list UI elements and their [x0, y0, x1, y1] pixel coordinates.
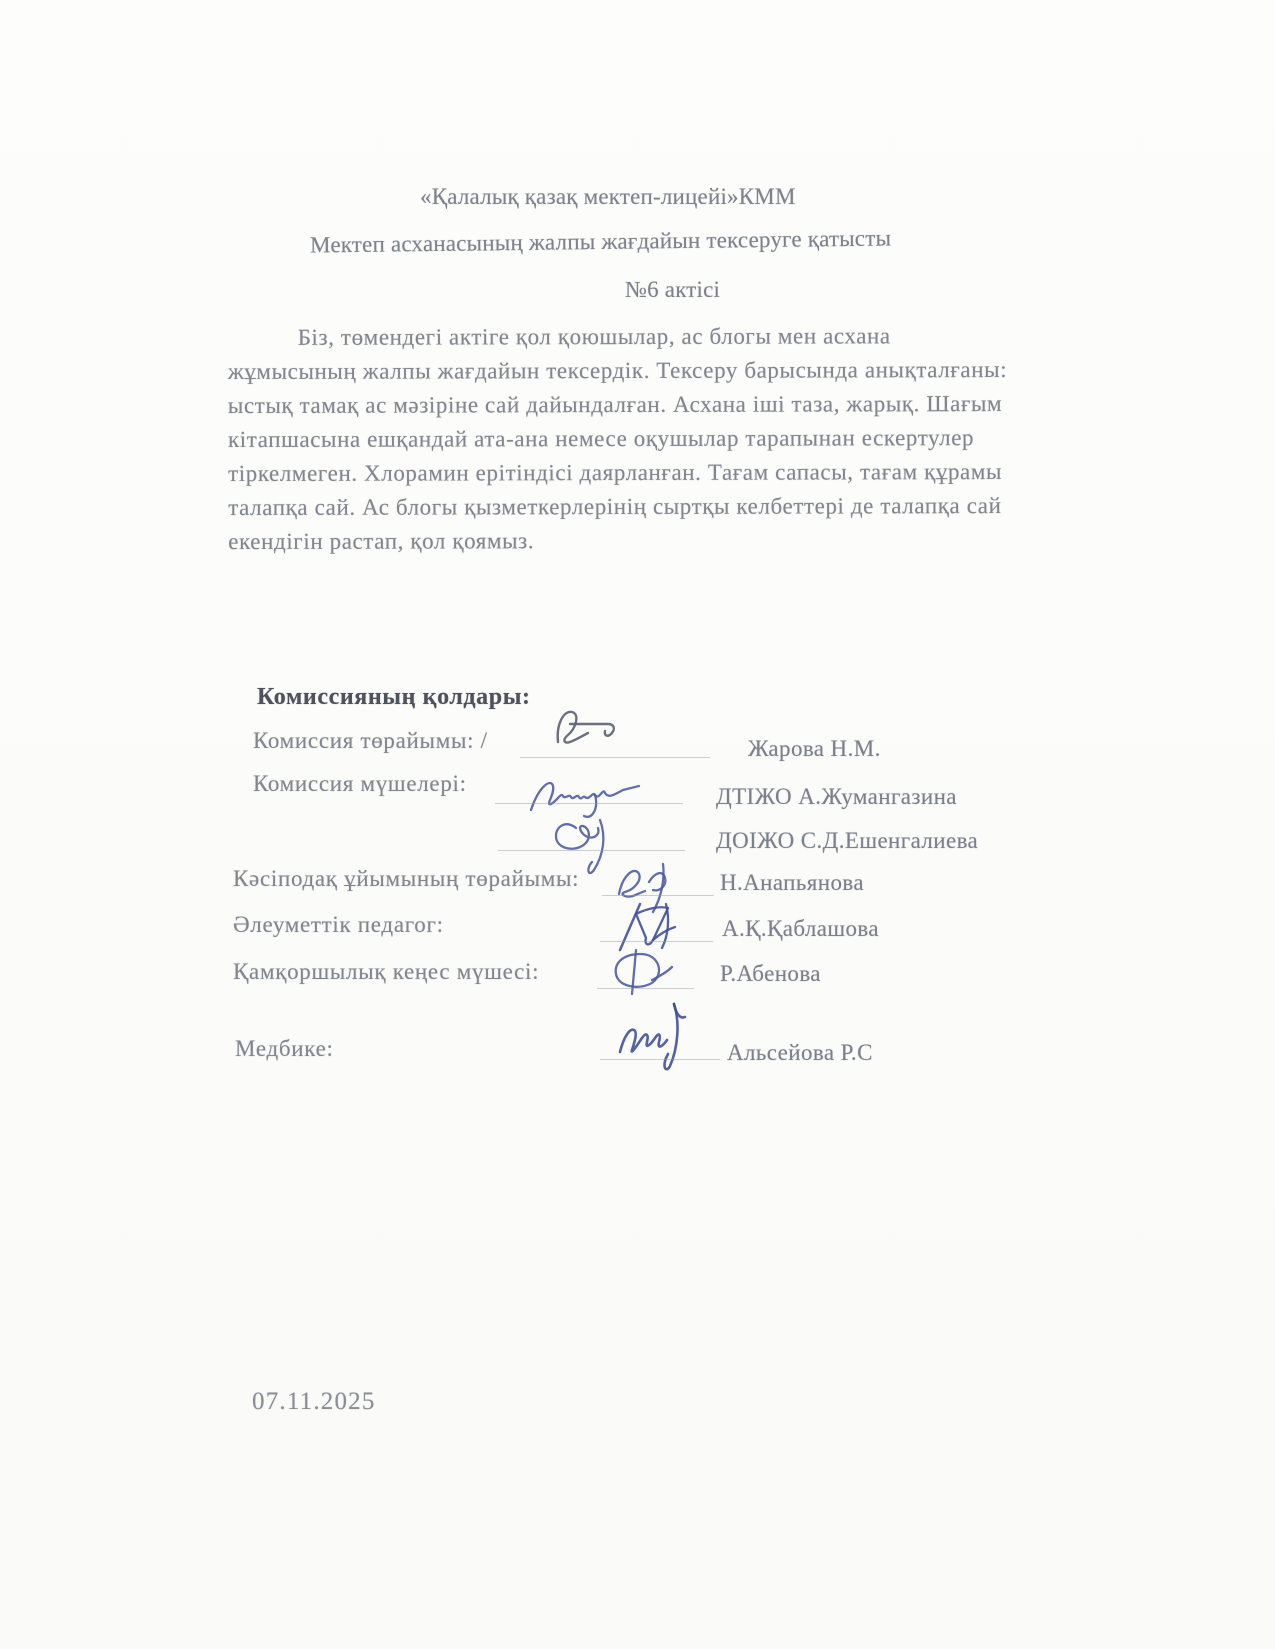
signature-underline — [597, 988, 694, 989]
body-paragraph: Біз, төмендегі актіге қол қоюшылар, ас б… — [228, 319, 1021, 559]
signature-underline — [520, 757, 710, 758]
document-act-number: №6 актісі — [625, 277, 720, 303]
row-label: Медбике: — [235, 1036, 334, 1062]
document-title-subject: Мектеп асханасының жалпы жағдайын тексер… — [310, 225, 891, 258]
signature-underline — [498, 850, 685, 851]
signer-name: ДТІЖО А.Жумангазина — [716, 784, 957, 810]
document-title-organization: «Қалалық қазақ мектеп-лицейі»КММ — [420, 184, 796, 210]
signature-underline — [495, 803, 683, 804]
signature-underline — [602, 895, 714, 896]
scanned-document-page: «Қалалық қазақ мектеп-лицейі»КММ Мектеп … — [0, 0, 1275, 1649]
row-label: Қамқоршылық кеңес мүшесі: — [233, 959, 539, 985]
signer-name: Альсейова Р.С — [727, 1040, 873, 1066]
signature-trustee-icon — [606, 946, 706, 998]
signer-name: ДОІЖО С.Д.Ешенгалиева — [716, 828, 978, 854]
row-label: Әлеуметтік педагог: — [233, 912, 444, 938]
signatures-heading: Комиссияның қолдары: — [257, 684, 531, 711]
signer-name: Р.Абенова — [720, 961, 821, 987]
signer-name: А.Қ.Қаблашова — [722, 916, 879, 942]
signer-name: Н.Анапьянова — [720, 870, 864, 896]
signature-underline — [600, 1059, 720, 1060]
row-label: Комиссия төрайымы: / — [253, 728, 488, 754]
signature-chairwoman-icon — [520, 694, 635, 766]
row-label: Кәсіподақ ұйымының төрайымы: — [233, 866, 579, 892]
signature-nurse-icon — [612, 996, 732, 1076]
signer-name: Жарова Н.М. — [748, 736, 881, 762]
row-label: Комиссия мүшелері: — [253, 771, 467, 797]
document-date: 07.11.2025 — [252, 1388, 376, 1416]
signature-underline — [600, 941, 713, 942]
